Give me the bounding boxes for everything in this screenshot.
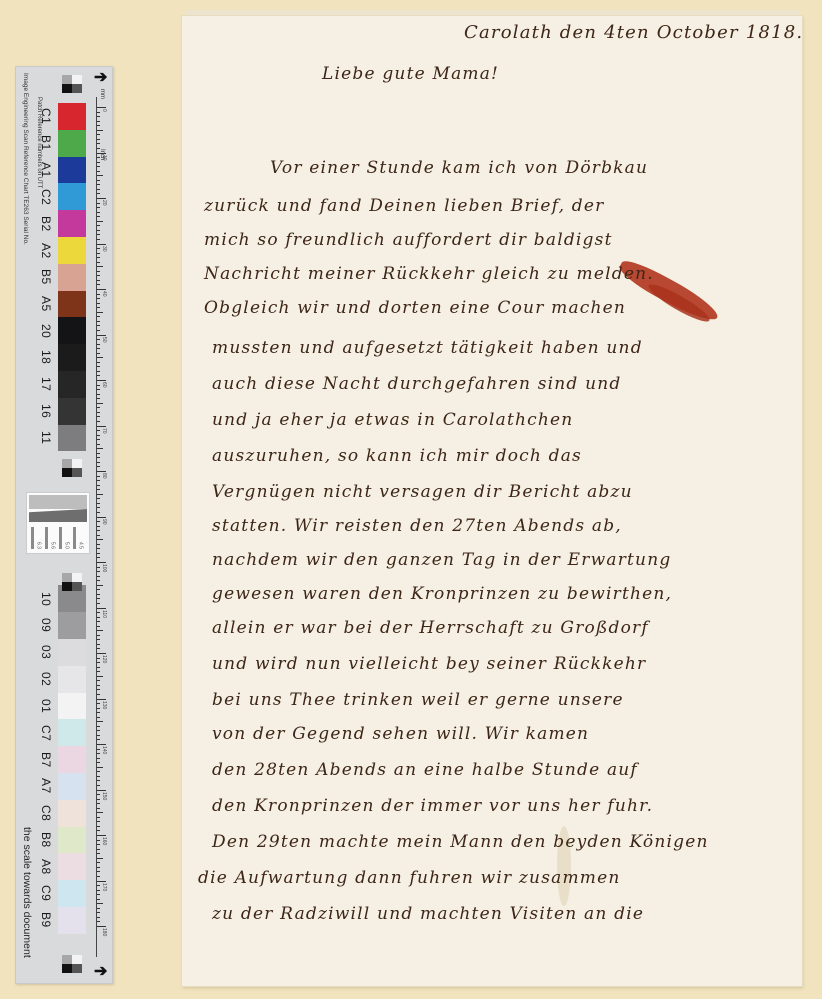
ruler-mm-label: 10 [101, 155, 107, 161]
color-patch: A5 [58, 291, 86, 318]
checker-target-bottom [62, 955, 82, 973]
ruler-mm-label: 30 [101, 246, 107, 252]
color-patch: A2 [58, 237, 86, 264]
ruler-mm-label: 40 [101, 291, 107, 297]
patch-label: 03 [36, 639, 56, 666]
color-patch: B2 [58, 210, 86, 237]
letter-page: Carolath den 4ten October 1818. Liebe gu… [182, 16, 802, 986]
color-patch: 18 [58, 344, 86, 371]
letter-line: und wird nun vielleicht bey seiner Rückk… [212, 654, 646, 674]
ruler-mm-label: 80 [101, 473, 107, 479]
letter-line: von der Gegend sehen will. Wir kamen [212, 724, 589, 744]
patch-label: B1 [36, 130, 56, 157]
measurement-ruler: mm Inch 01020304050607080901001101201301… [96, 97, 113, 957]
letter-line: bei uns Thee trinken weil er gerne unser… [212, 690, 624, 710]
letter-line: auch diese Nacht durchgefahren sind und [212, 374, 622, 394]
letter-line: Vor einer Stunde kam ich von Dörbkau [270, 158, 648, 178]
letter-line: und ja eher ja etwas in Carolathchen [212, 410, 573, 430]
patch-label: B5 [36, 264, 56, 291]
ruler-mm-label: 130 [101, 701, 107, 709]
color-patch: C9 [58, 880, 86, 907]
color-patch: B8 [58, 827, 86, 854]
resolution-label: 5.6 [45, 527, 57, 549]
patch-label: 20 [36, 317, 56, 344]
resolution-label: 6.3 [31, 527, 43, 549]
ruler-mm-label: 110 [101, 610, 107, 618]
color-patch: B1 [58, 130, 86, 157]
color-patch: 17 [58, 371, 86, 398]
color-patch: C1 [58, 103, 86, 130]
ruler-mm-label: 150 [101, 792, 107, 800]
patch-label: 18 [36, 344, 56, 371]
patch-label: C9 [36, 880, 56, 907]
color-patch: A8 [58, 853, 86, 880]
patch-label: 02 [36, 666, 56, 693]
patch-label: C8 [36, 800, 56, 827]
patch-label: A1 [36, 157, 56, 184]
patch-label: C2 [36, 183, 56, 210]
color-patch: 11 [58, 425, 86, 452]
letter-line: die Aufwartung dann fuhren wir zusammen [198, 868, 621, 888]
patch-label: A8 [36, 853, 56, 880]
checker-target-top [62, 75, 82, 93]
ruler-mm-label: 0 [101, 109, 107, 112]
patch-label: A7 [36, 773, 56, 800]
patch-label: 01 [36, 693, 56, 720]
patch-label: 11 [36, 425, 56, 452]
patch-label: B2 [36, 210, 56, 237]
arrow-bottom-icon: ➔ [94, 965, 112, 979]
ruler-mm-label: 120 [101, 655, 107, 663]
color-patch: 20 [58, 317, 86, 344]
letter-line: mussten und aufgesetzt tätigkeit haben u… [212, 338, 643, 358]
gray-wedge-resolution-target: 4.5 5.0 5.6 6.3 [26, 492, 90, 554]
ruler-mm-label: 160 [101, 837, 107, 845]
patch-label: 10 [36, 585, 56, 612]
ruler-mm-label: 170 [101, 883, 107, 891]
resolution-label: 4.5 [73, 527, 85, 549]
ruler-mm-label: 50 [101, 337, 107, 343]
color-patch: A1 [58, 157, 86, 184]
letter-line: auszuruhen, so kann ich mir doch das [212, 446, 582, 466]
ruler-mm-label: 180 [101, 928, 107, 936]
ruler-mm-label: 100 [101, 564, 107, 572]
scan-reference-chart: Image Engineering Scan Reference Chart T… [15, 66, 113, 984]
color-patch: 16 [58, 398, 86, 425]
patch-label: C1 [36, 103, 56, 130]
checker-target-middle [62, 459, 82, 477]
ruler-unit-mm: mm [99, 89, 105, 99]
patch-label: B9 [36, 907, 56, 934]
letter-line: zu der Radziwill und machten Visiten an … [212, 904, 644, 924]
color-patch: 02 [58, 666, 86, 693]
ruler-mm-label: 90 [101, 519, 107, 525]
ruler-mm-label: 20 [101, 200, 107, 206]
patch-label: 16 [36, 398, 56, 425]
letter-line: mich so freundlich auffordert dir baldig… [204, 230, 613, 250]
color-patch: B5 [58, 264, 86, 291]
color-patch: C8 [58, 800, 86, 827]
letter-line: nachdem wir den ganzen Tag in der Erwart… [212, 550, 671, 570]
letter-line: allein er war bei der Herrschaft zu Groß… [212, 618, 649, 638]
letter-line: den Kronprinzen der immer vor uns her fu… [212, 796, 653, 816]
letter-date-line: Carolath den 4ten October 1818. [464, 22, 803, 43]
ruler-mm-label: 70 [101, 428, 107, 434]
patch-label: C7 [36, 719, 56, 746]
patch-label: 17 [36, 371, 56, 398]
letter-line: zurück und fand Deinen lieben Brief, der [204, 196, 604, 216]
ruler-mm-label: 140 [101, 746, 107, 754]
patch-label: A2 [36, 237, 56, 264]
scale-orientation-note: the scale towards document [19, 827, 35, 977]
letter-line: Obgleich wir und dorten eine Cour machen [204, 298, 626, 318]
patch-label: A5 [36, 291, 56, 318]
checker-target-lower [62, 573, 82, 591]
color-patch: B9 [58, 907, 86, 934]
arrow-top-icon: ➔ [94, 71, 112, 85]
letter-line: statten. Wir reisten den 27ten Abends ab… [212, 516, 622, 536]
letter-line: Den 29ten machte mein Mann den beyden Kö… [212, 832, 709, 852]
patch-label: 09 [36, 612, 56, 639]
letter-salutation: Liebe gute Mama! [322, 64, 499, 84]
color-patch: C2 [58, 183, 86, 210]
patch-label: B8 [36, 827, 56, 854]
color-patch: 01 [58, 693, 86, 720]
color-patch: A7 [58, 773, 86, 800]
color-patch: B7 [58, 746, 86, 773]
ruler-mm-label: 60 [101, 382, 107, 388]
color-patch: C7 [58, 719, 86, 746]
color-patch: 03 [58, 639, 86, 666]
letter-line: den 28ten Abends an eine halbe Stunde au… [212, 760, 638, 780]
letter-line: gewesen waren den Kronprinzen zu bewirth… [212, 584, 672, 604]
letter-line: Vergnügen nicht versagen dir Bericht abz… [212, 482, 633, 502]
letter-line: Nachricht meiner Rückkehr gleich zu meld… [204, 264, 654, 284]
resolution-label: 5.0 [59, 527, 71, 549]
color-patch: 09 [58, 612, 86, 639]
chart-manufacturer-text: Image Engineering Scan Reference Chart T… [19, 73, 31, 373]
patch-label: B7 [36, 746, 56, 773]
